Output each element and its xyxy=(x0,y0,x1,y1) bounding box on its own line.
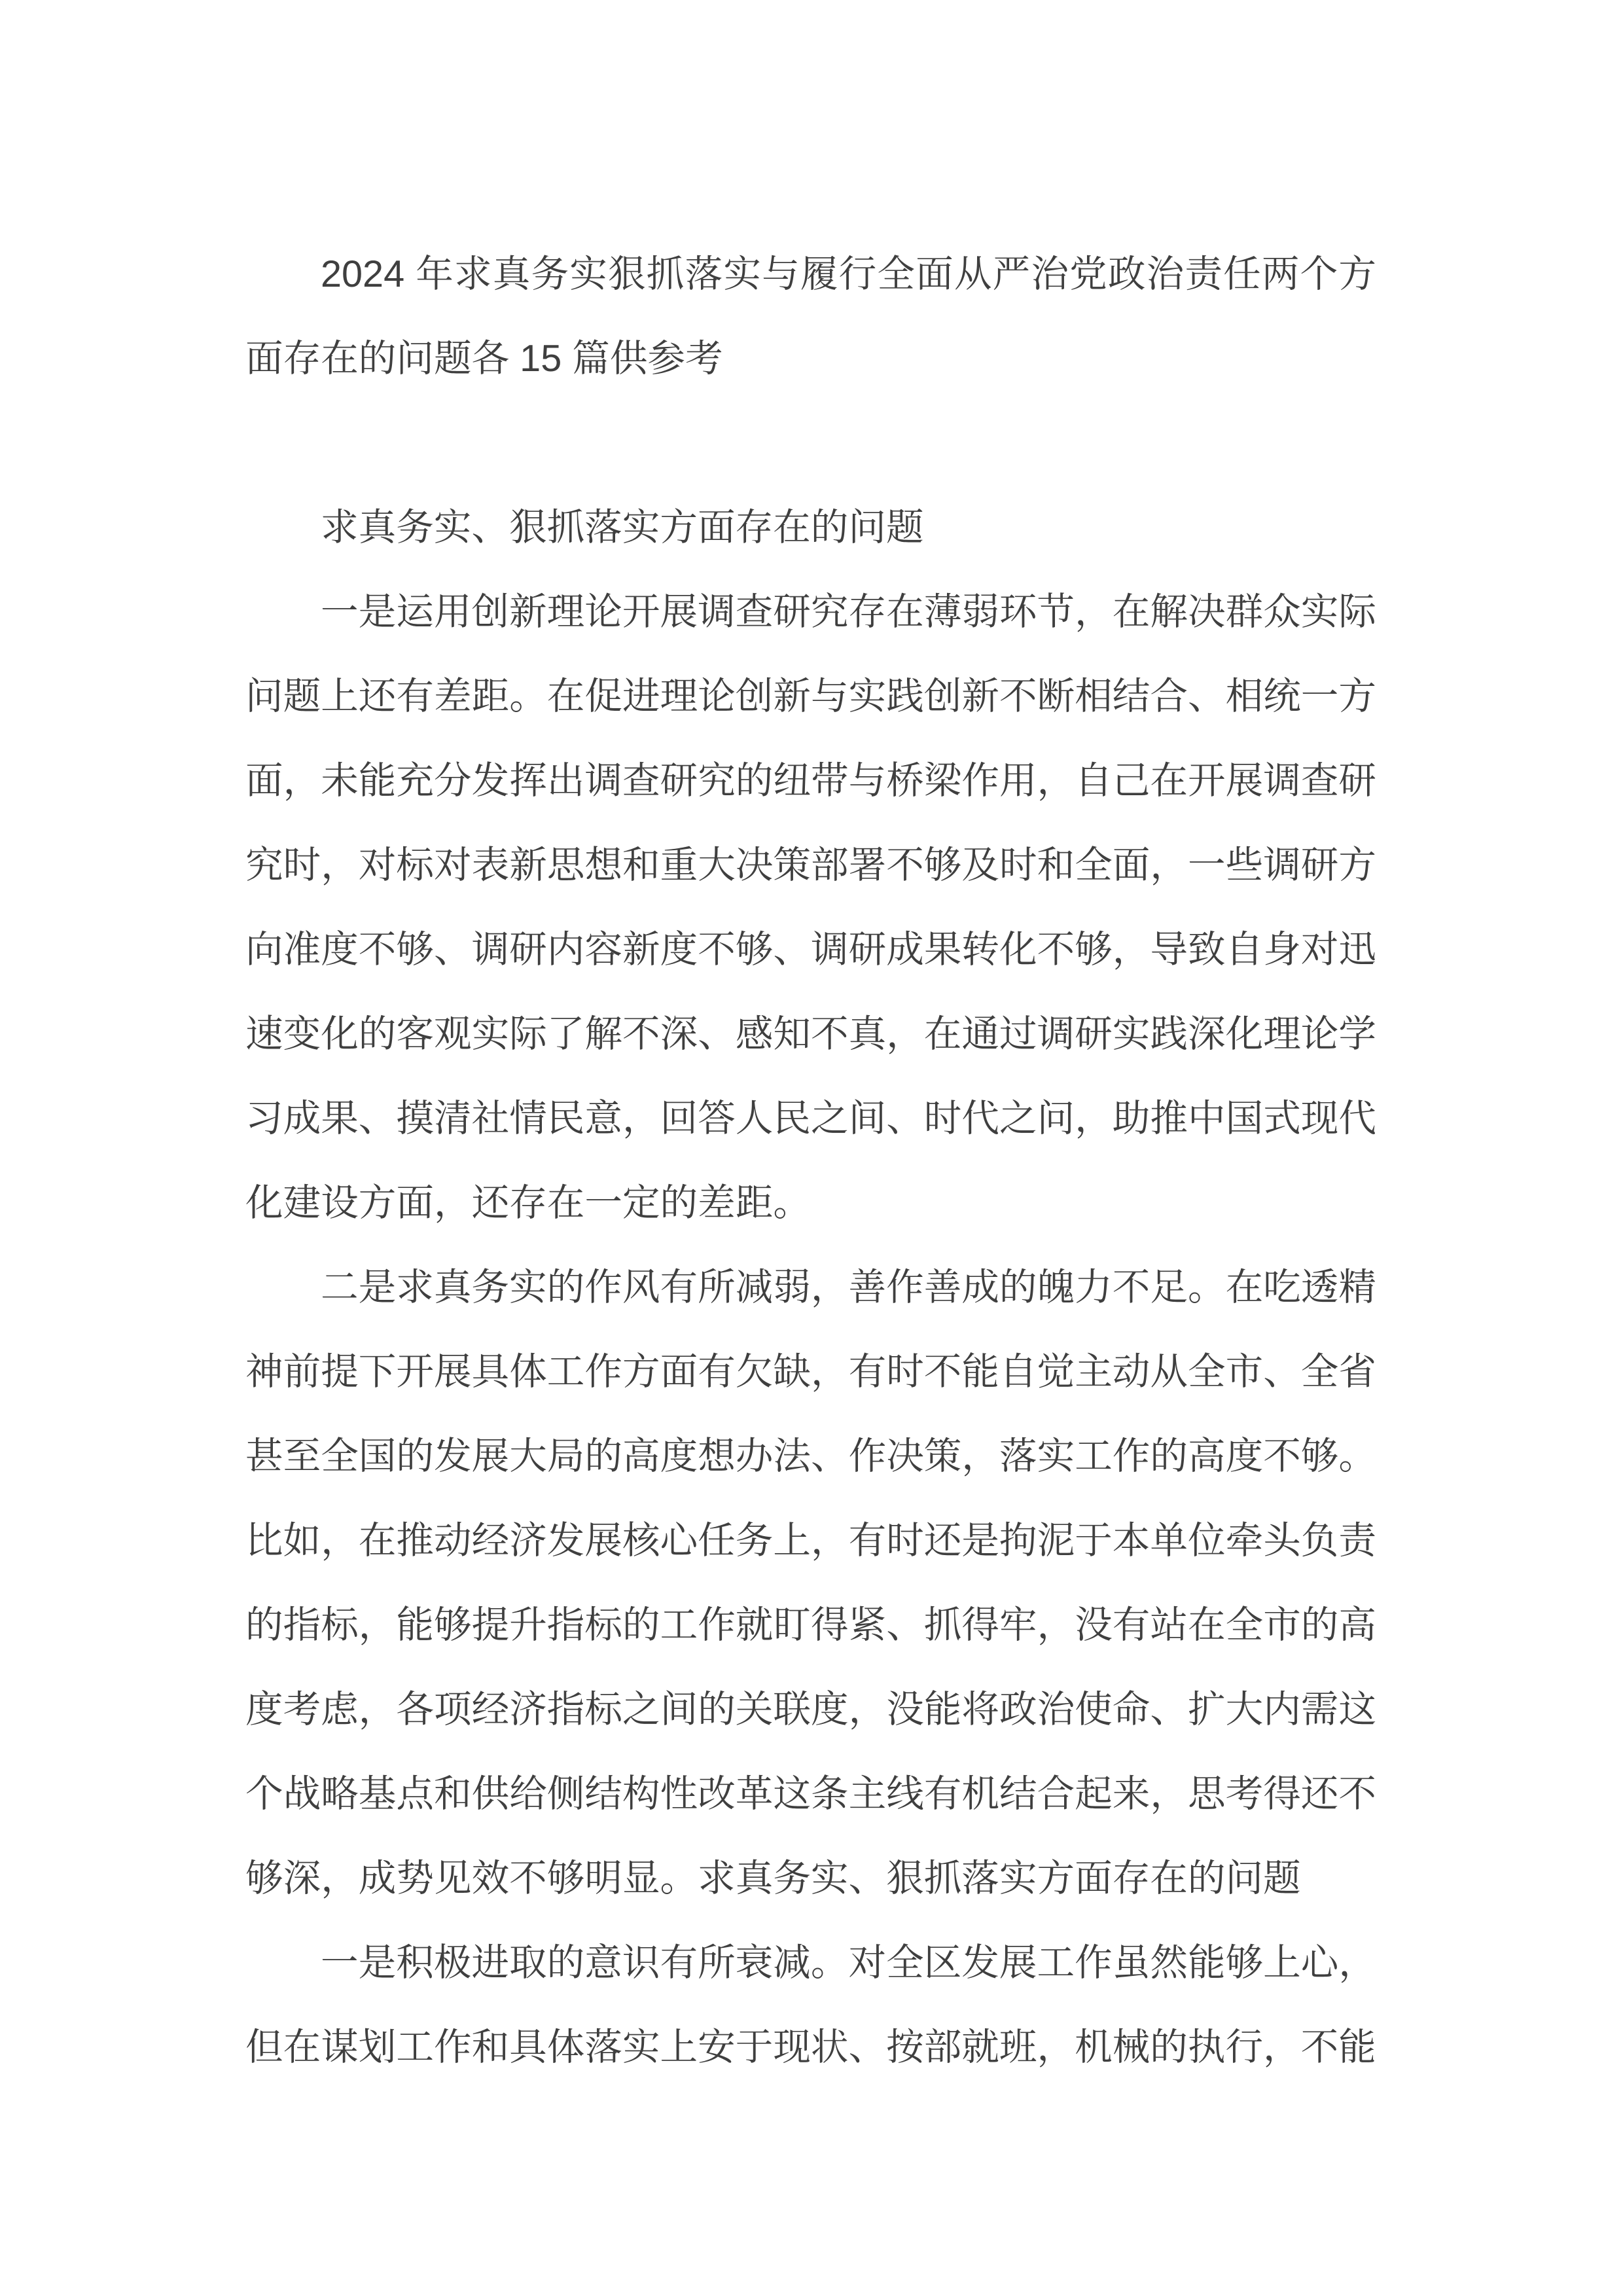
blank-line-spacer xyxy=(245,401,1376,486)
document-title: 2024 年求真务实狠抓落实与履行全面从严治党政治责任两个方面存在的问题各 15… xyxy=(245,232,1376,401)
body-paragraph-2: 二是求真务实的作风有所减弱，善作善成的魄力不足。在吃透精神前提下开展具体工作方面… xyxy=(245,1246,1376,1921)
document-content: 2024 年求真务实狠抓落实与履行全面从严治党政治责任两个方面存在的问题各 15… xyxy=(0,0,1623,2090)
body-paragraph-3: 一是积极进取的意识有所衰减。对全区发展工作虽然能够上心，但在谋划工作和具体落实上… xyxy=(245,1921,1376,2090)
section-heading: 求真务实、狠抓落实方面存在的问题 xyxy=(245,486,1376,570)
document-page: 2024 年求真务实狠抓落实与履行全面从严治党政治责任两个方面存在的问题各 15… xyxy=(0,0,1623,2296)
body-paragraph-1: 一是运用创新理论开展调查研究存在薄弱环节，在解决群众实际问题上还有差距。在促进理… xyxy=(245,570,1376,1246)
